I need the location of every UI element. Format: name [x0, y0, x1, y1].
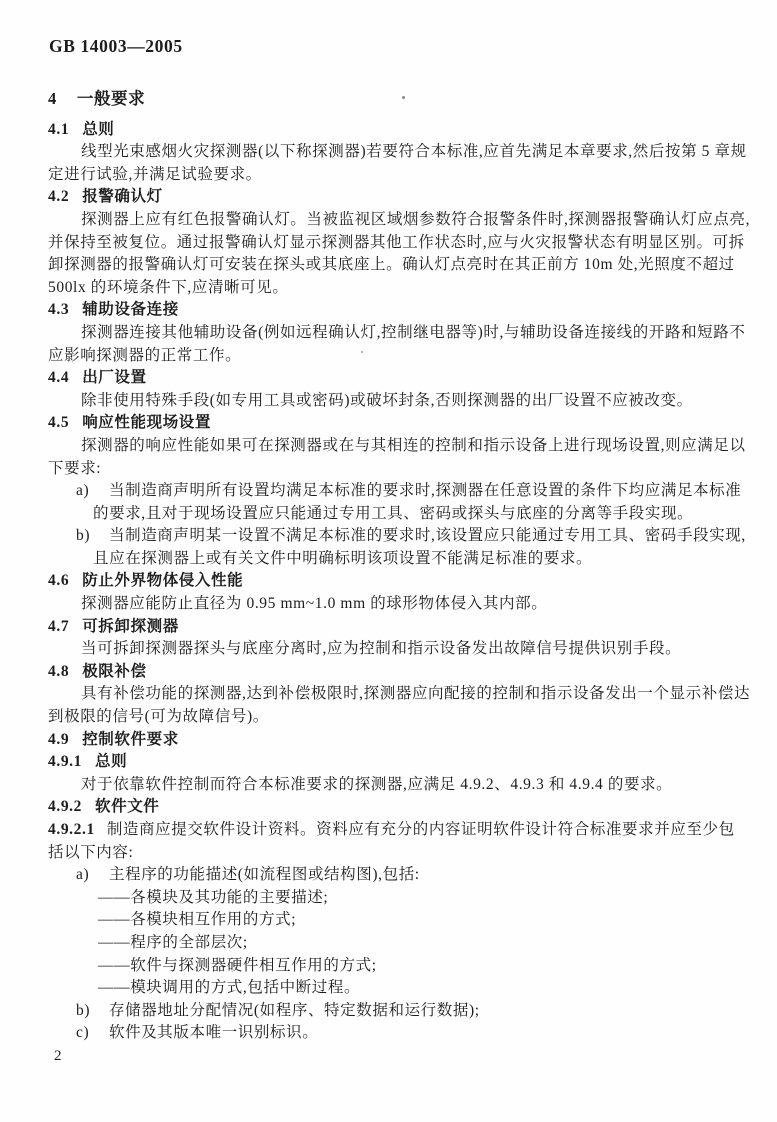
- clause-number: 4.7: [48, 616, 69, 639]
- text: 当制造商声明所有设置均满足本标准的要求时,探测器在任意设置的条件下均应满足本标准: [109, 482, 741, 499]
- text: 具有补偿功能的探测器,达到补偿极限时,探测器应向配接的控制和指示设备发出一个显示…: [81, 685, 750, 702]
- clause-number: 4: [48, 88, 57, 111]
- text: 总则: [82, 121, 114, 138]
- paragraph-line: 具有补偿功能的探测器,达到补偿极限时,探测器应向配接的控制和指示设备发出一个显示…: [48, 683, 738, 706]
- heading-4-1: 4.1总则: [48, 119, 738, 142]
- clause-number: 4.9: [48, 729, 69, 752]
- text: 总则: [95, 753, 127, 770]
- paragraph-line: 定进行试验,并满足试验要求。: [48, 164, 738, 187]
- paragraph-line: 对于依靠软件控制而符合本标准要求的探测器,应满足 4.9.2、4.9.3 和 4…: [48, 774, 738, 797]
- text: 卸探测器的报警确认灯可安装在探头或其底座上。确认灯点亮时在其正前方 10m 处,…: [48, 256, 735, 273]
- heading-4-9-1: 4.9.1总则: [48, 751, 738, 774]
- clause-number: 4.6: [48, 570, 69, 593]
- text: 定进行试验,并满足试验要求。: [48, 166, 262, 183]
- text: 的要求,且对于现场设置应只能通过专用工具、密码或探头与底座的分离等手段实现。: [93, 505, 693, 522]
- text: 软件文件: [95, 798, 159, 815]
- text: 制造商应提交软件设计资料。资料应有充分的内容证明软件设计符合标准要求并应至少包: [107, 821, 735, 838]
- text: 探测器的响应性能如果可在探测器或在与其相连的控制和指示设备上进行现场设置,则应满…: [81, 437, 746, 454]
- scan-speck: [402, 96, 405, 99]
- paragraph-line: 500lx 的环境条件下,应清晰可见。: [48, 277, 738, 300]
- heading-4-5: 4.5响应性能现场设置: [48, 412, 738, 435]
- page-number: 2: [54, 1048, 62, 1065]
- list-item-continuation: 且应在探测器上或有关文件中明确标明该项设置不能满足标准的要求。: [48, 548, 738, 571]
- paragraph-line: 除非使用特殊手段(如专用工具或密码)或破坏封条,否则探测器的出厂设置不应被改变。: [48, 390, 738, 413]
- clause-number: 4.9.2.1: [48, 819, 95, 842]
- clause-number: 4.1: [48, 119, 69, 142]
- heading-4-7: 4.7可拆卸探测器: [48, 616, 738, 639]
- text: 极限补偿: [82, 663, 146, 680]
- list-item-a: a)主程序的功能描述(如流程图或结构图),包括:: [48, 864, 738, 887]
- text: 且应在探测器上或有关文件中明确标明该项设置不能满足标准的要求。: [93, 550, 592, 567]
- paragraph-line: 探测器应能防止直径为 0.95 mm~1.0 mm 的球形物体侵入其内部。: [48, 593, 738, 616]
- text: 线型光束感烟火灾探测器(以下称探测器)若要符合本标准,应首先满足本章要求,然后按…: [81, 143, 747, 160]
- paragraph-line: 探测器连接其他辅助设备(例如远程确认灯,控制继电器等)时,与辅助设备连接线的开路…: [48, 322, 738, 345]
- heading-4: 4一般要求: [48, 88, 738, 111]
- heading-4-4: 4.4出厂设置: [48, 367, 738, 390]
- dash-item: ——模块调用的方式,包括中断过程。: [48, 977, 738, 1000]
- dash-item: ——软件与探测器硬件相互作用的方式;: [48, 955, 738, 978]
- paragraph-line: 应影响探测器的正常工作。: [48, 345, 738, 368]
- text: 报警确认灯: [82, 188, 163, 205]
- text: ——程序的全部层次;: [98, 934, 248, 951]
- text: ——软件与探测器硬件相互作用的方式;: [98, 957, 377, 974]
- heading-4-3: 4.3辅助设备连接: [48, 299, 738, 322]
- heading-4-2: 4.2报警确认灯: [48, 186, 738, 209]
- heading-4-9: 4.9控制软件要求: [48, 729, 738, 752]
- text: 当可拆卸探测器探头与底座分离时,应为控制和指示设备发出故障信号提供识别手段。: [81, 640, 681, 657]
- text: 存储器地址分配情况(如程序、特定数据和运行数据);: [109, 1002, 480, 1019]
- list-item-continuation: 的要求,且对于现场设置应只能通过专用工具、密码或探头与底座的分离等手段实现。: [48, 503, 738, 526]
- text: 软件及其版本唯一识别标识。: [109, 1024, 318, 1041]
- clause-number: 4.9.2: [48, 796, 82, 819]
- paragraph-line: 探测器的响应性能如果可在探测器或在与其相连的控制和指示设备上进行现场设置,则应满…: [48, 435, 738, 458]
- text: 应影响探测器的正常工作。: [48, 347, 241, 364]
- list-marker: a): [76, 480, 109, 503]
- paragraph-line: 当可拆卸探测器探头与底座分离时,应为控制和指示设备发出故障信号提供识别手段。: [48, 638, 738, 661]
- paragraph-line: 卸探测器的报警确认灯可安装在探头或其底座上。确认灯点亮时在其正前方 10m 处,…: [48, 254, 738, 277]
- paragraph-line: 到极限的信号(可为故障信号)。: [48, 706, 738, 729]
- text: 探测器应能防止直径为 0.95 mm~1.0 mm 的球形物体侵入其内部。: [81, 595, 547, 612]
- heading-4-9-2: 4.9.2软件文件: [48, 796, 738, 819]
- text: 除非使用特殊手段(如专用工具或密码)或破坏封条,否则探测器的出厂设置不应被改变。: [81, 392, 693, 409]
- heading-4-6: 4.6防止外界物体侵入性能: [48, 570, 738, 593]
- list-marker: b): [76, 1000, 109, 1023]
- text: 一般要求: [77, 89, 145, 108]
- text: 可拆卸探测器: [82, 618, 179, 635]
- list-item-a: a)当制造商声明所有设置均满足本标准的要求时,探测器在任意设置的条件下均应满足本…: [48, 480, 738, 503]
- clause-number: 4.4: [48, 367, 69, 390]
- text: ——各模块及其功能的主要描述;: [98, 889, 328, 906]
- text: 当制造商声明某一设置不满足本标准的要求时,该设置应只能通过专用工具、密码手段实现…: [109, 527, 746, 544]
- list-item-b: b)当制造商声明某一设置不满足本标准的要求时,该设置应只能通过专用工具、密码手段…: [48, 525, 738, 548]
- document-page: GB 14003—2005 4一般要求4.1总则线型光束感烟火灾探测器(以下称探…: [0, 0, 777, 1122]
- text: ——各模块相互作用的方式;: [98, 911, 296, 928]
- clause-number: 4.5: [48, 412, 69, 435]
- text: 下要求:: [48, 460, 101, 477]
- text: 响应性能现场设置: [82, 414, 211, 431]
- paragraph-line: 下要求:: [48, 458, 738, 481]
- text: 到极限的信号(可为故障信号)。: [48, 708, 269, 725]
- text: 主程序的功能描述(如流程图或结构图),包括:: [109, 866, 420, 883]
- dash-item: ——各模块及其功能的主要描述;: [48, 887, 738, 910]
- list-marker: c): [76, 1022, 109, 1045]
- text: ——模块调用的方式,包括中断过程。: [98, 979, 360, 996]
- dash-item: ——各模块相互作用的方式;: [48, 909, 738, 932]
- clause-4-9-2-1: 4.9.2.1制造商应提交软件设计资料。资料应有充分的内容证明软件设计符合标准要…: [48, 819, 738, 842]
- text: 辅助设备连接: [82, 301, 179, 318]
- paragraph-line: 线型光束感烟火灾探测器(以下称探测器)若要符合本标准,应首先满足本章要求,然后按…: [48, 141, 738, 164]
- text: 并保持至被复位。通过报警确认灯显示探测器其他工作状态时,应与火灾报警状态有明显区…: [48, 234, 745, 251]
- paragraph-line: 探测器上应有红色报警确认灯。当被监视区域烟参数符合报警条件时,探测器报警确认灯应…: [48, 209, 738, 232]
- text: 控制软件要求: [82, 731, 179, 748]
- document-body: 4一般要求4.1总则线型光束感烟火灾探测器(以下称探测器)若要符合本标准,应首先…: [48, 88, 738, 1045]
- list-item-b: b)存储器地址分配情况(如程序、特定数据和运行数据);: [48, 1000, 738, 1023]
- standard-code-header: GB 14003—2005: [49, 36, 183, 57]
- list-item-c: c)软件及其版本唯一识别标识。: [48, 1022, 738, 1045]
- clause-number: 4.9.1: [48, 751, 82, 774]
- text: 探测器上应有红色报警确认灯。当被监视区域烟参数符合报警条件时,探测器报警确认灯应…: [81, 211, 750, 228]
- clause-number: 4.2: [48, 186, 69, 209]
- list-marker: a): [76, 864, 109, 887]
- dash-item: ——程序的全部层次;: [48, 932, 738, 955]
- text: 500lx 的环境条件下,应清晰可见。: [48, 279, 288, 296]
- paragraph-line: 括以下内容:: [48, 842, 738, 865]
- scan-speck: [361, 351, 363, 353]
- paragraph-line: 并保持至被复位。通过报警确认灯显示探测器其他工作状态时,应与火灾报警状态有明显区…: [48, 232, 738, 255]
- text: 探测器连接其他辅助设备(例如远程确认灯,控制继电器等)时,与辅助设备连接线的开路…: [81, 324, 745, 341]
- list-marker: b): [76, 525, 109, 548]
- text: 对于依靠软件控制而符合本标准要求的探测器,应满足 4.9.2、4.9.3 和 4…: [81, 776, 672, 793]
- clause-number: 4.3: [48, 299, 69, 322]
- text: 括以下内容:: [48, 844, 133, 861]
- text: 防止外界物体侵入性能: [82, 572, 243, 589]
- text: 出厂设置: [82, 369, 146, 386]
- clause-number: 4.8: [48, 661, 69, 684]
- heading-4-8: 4.8极限补偿: [48, 661, 738, 684]
